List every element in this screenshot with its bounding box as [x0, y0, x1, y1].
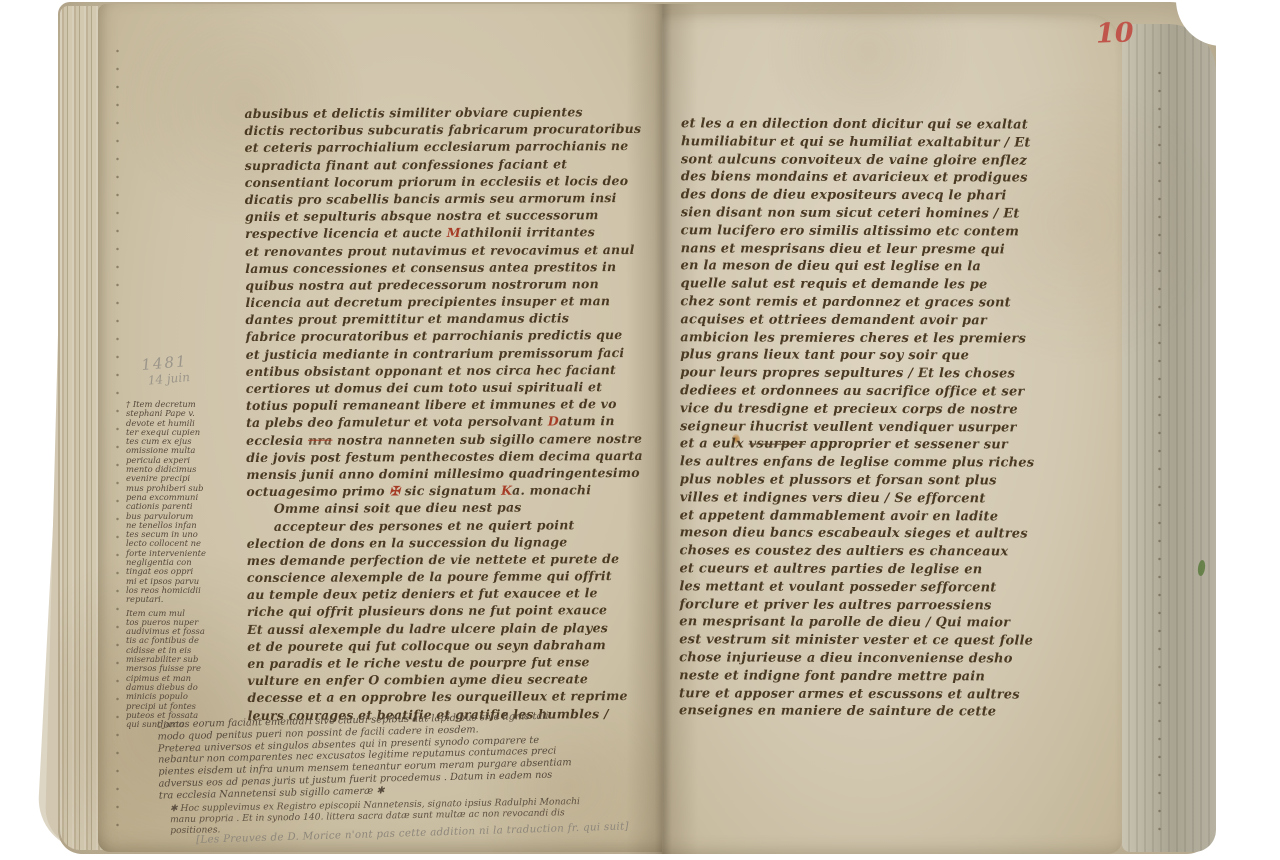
bottom-annotation: domos eorum faciant emendari sive claudi…: [157, 708, 651, 802]
right-page-text: et les a en dilection dont dicitur qui s…: [679, 115, 1093, 722]
margin-note-latin: † Item decretumstephani Pape v.devote et…: [126, 400, 250, 729]
margin-date-pencil: 1481 14 juin: [141, 352, 191, 388]
margin-note-paragraph-2: Item cum multos pueros nuperaudivimus et…: [126, 609, 250, 730]
right-fore-edge: [1122, 24, 1216, 852]
left-page-text: abusibus et delictis similiter obviare c…: [244, 103, 647, 724]
margin-note-paragraph-1: † Item decretumstephani Pape v.devote et…: [126, 400, 250, 605]
folio-number: 10: [1095, 17, 1134, 49]
manuscript-photo: 10 1481 14 juin † Item decretumstephani …: [0, 0, 1280, 860]
pricking-marks-left: [116, 42, 119, 830]
pricking-marks-right: [1158, 64, 1161, 840]
